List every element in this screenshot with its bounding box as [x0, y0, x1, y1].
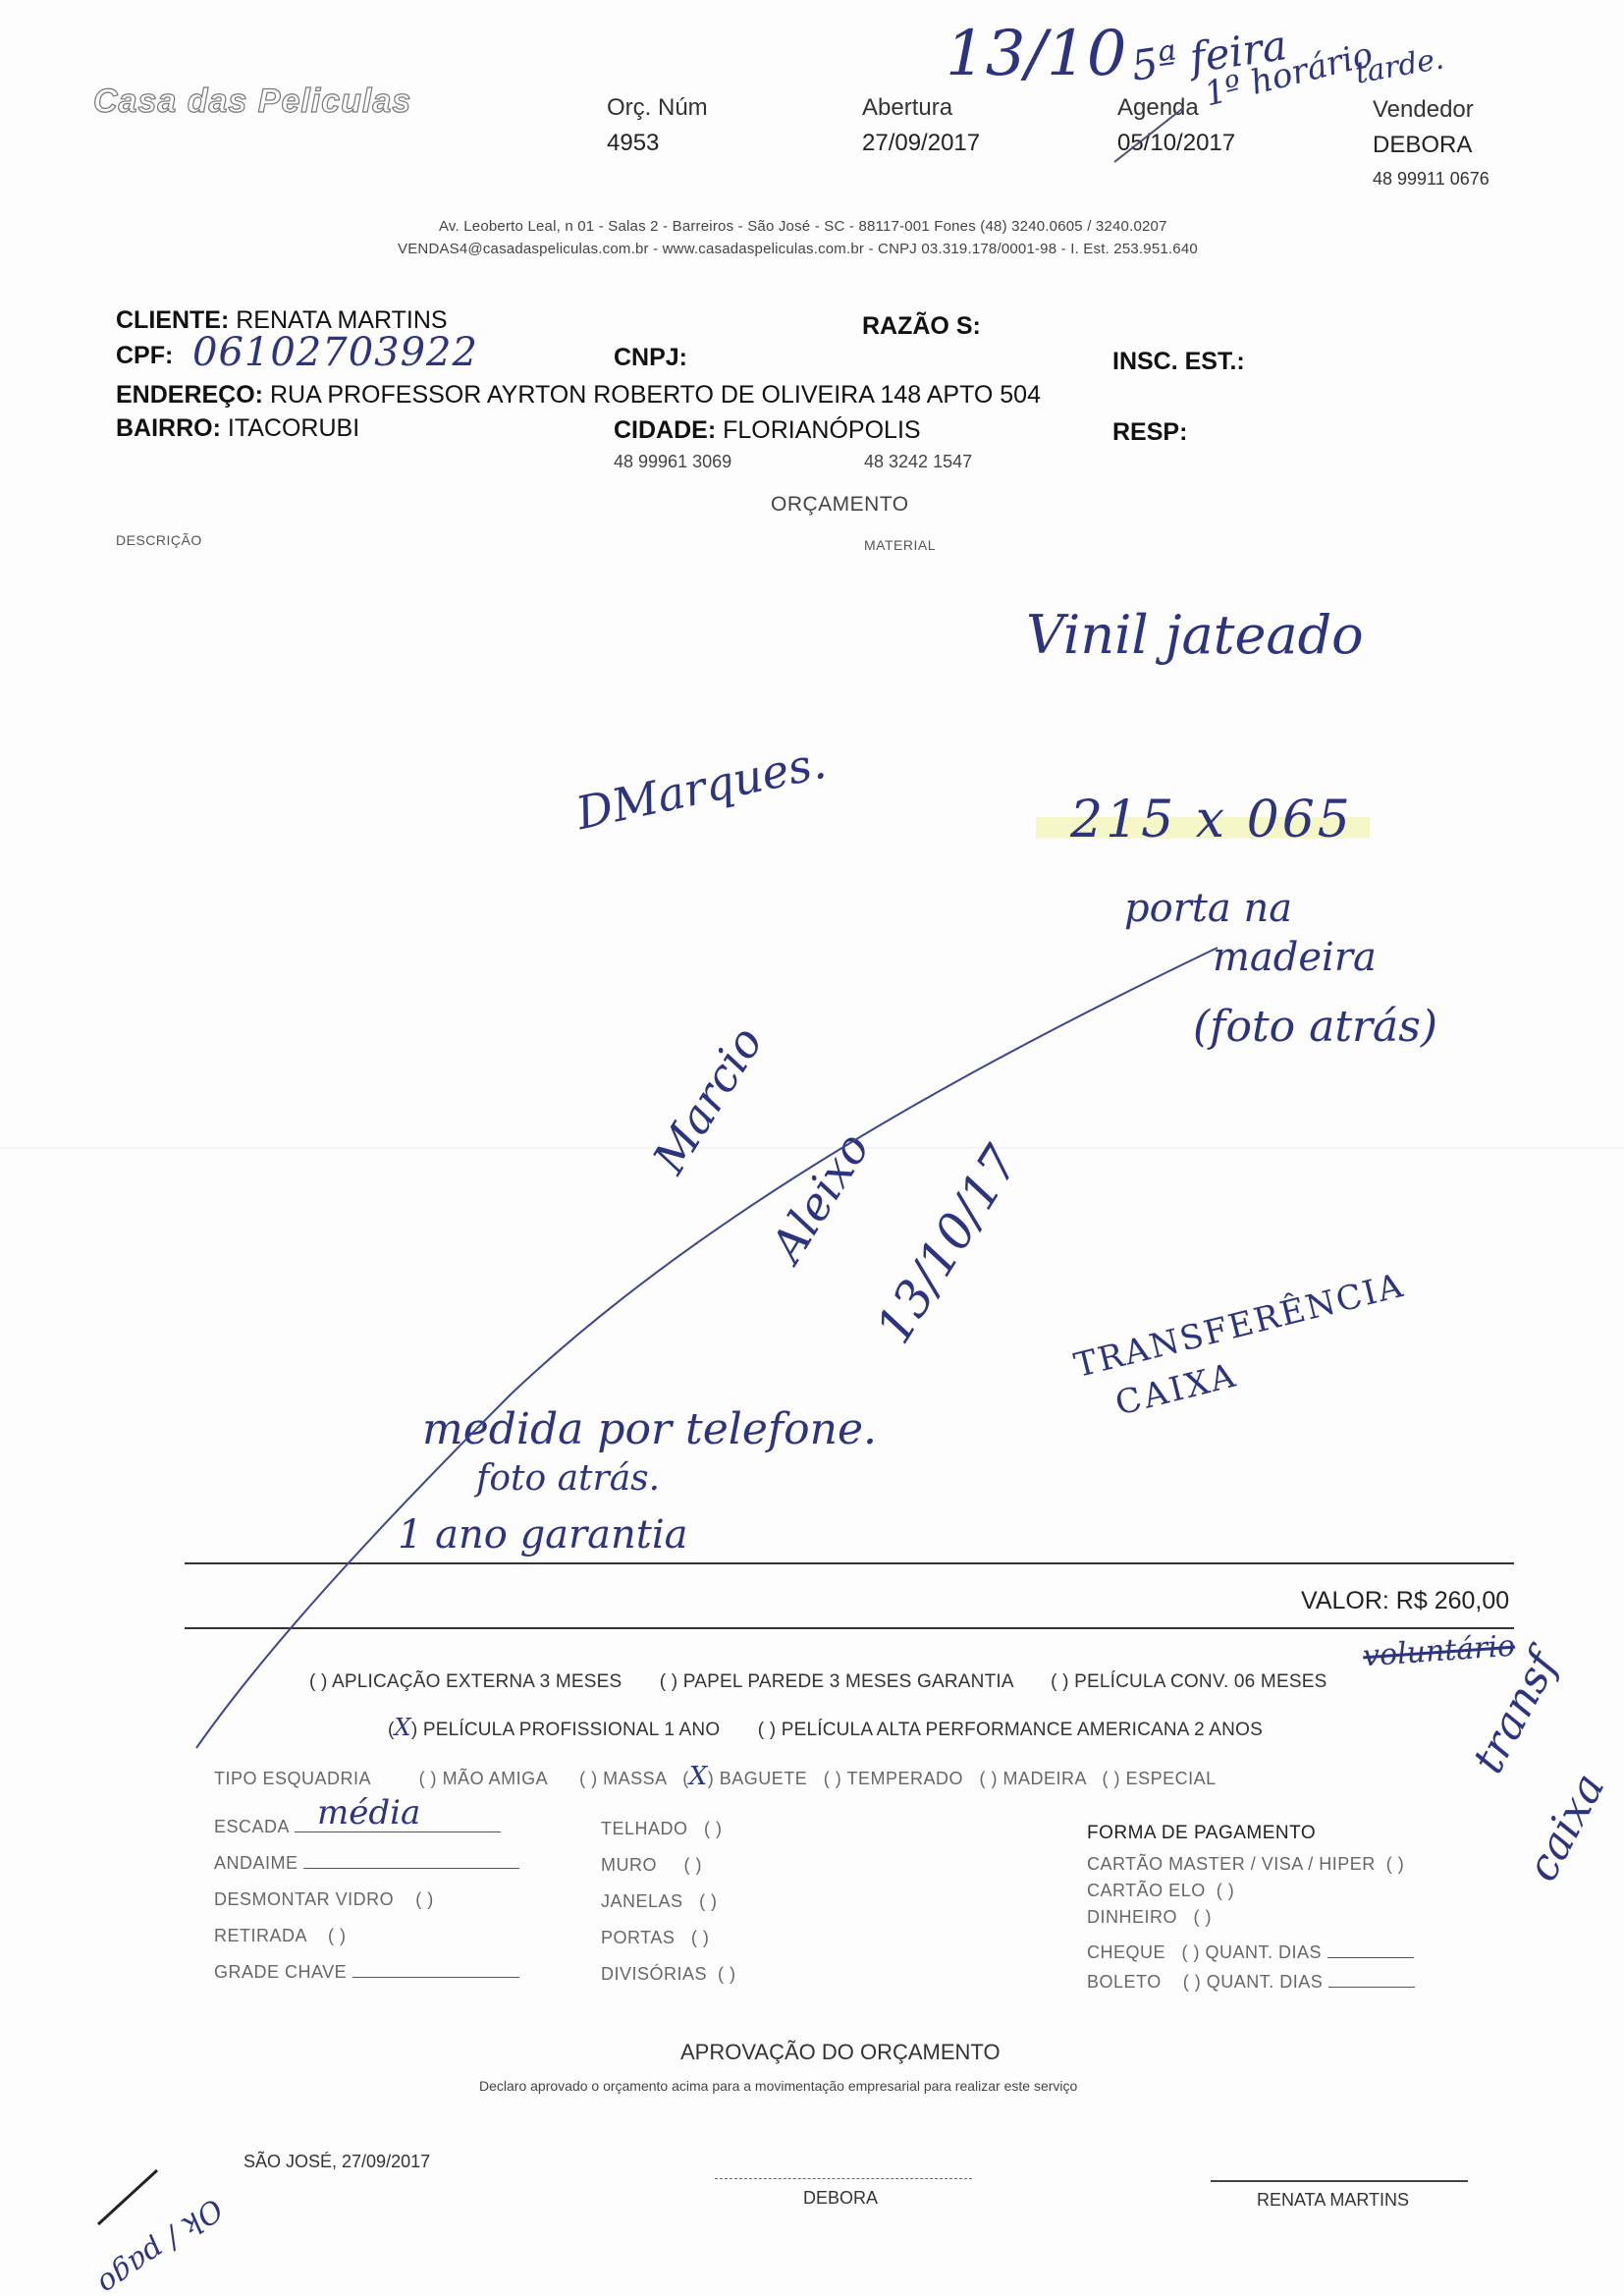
- descricao-label: DESCRIÇÃO: [116, 532, 202, 548]
- janelas-field: JANELAS ( ): [601, 1891, 718, 1912]
- esquadria-label: TIPO ESQUADRIA: [214, 1769, 370, 1788]
- divisorias-field: DIVISÓRIAS ( ): [601, 1964, 736, 1985]
- handwritten-installer-name: Marcio: [642, 1017, 773, 1182]
- handwritten-corner-note: Ok / pago: [91, 2191, 229, 2296]
- material-label: MATERIAL: [864, 537, 936, 553]
- vendedor-label: Vendedor: [1373, 96, 1474, 124]
- endereco-value: RUA PROFESSOR AYRTON ROBERTO DE OLIVEIRA…: [270, 381, 1041, 409]
- option-aplicacao-externa: APLICAÇÃO EXTERNA 3 MESES: [332, 1671, 622, 1692]
- vendedor-value: DEBORA: [1373, 132, 1472, 159]
- checkbox-especial[interactable]: ( ): [1103, 1769, 1121, 1788]
- checkbox-pelicula-profissional[interactable]: (X): [388, 1720, 417, 1740]
- orc-num-value: 4953: [607, 130, 659, 157]
- cpf-label: CPF:: [116, 342, 173, 370]
- payment-title: FORMA DE PAGAMENTO: [1087, 1823, 1316, 1844]
- handwritten-madeira: madeira: [1213, 935, 1377, 980]
- cidade-value: FLORIANÓPOLIS: [723, 416, 920, 444]
- checkbox-boleto[interactable]: ( ): [1183, 1972, 1202, 1992]
- valor-total: VALOR: R$ 260,00: [1301, 1587, 1509, 1615]
- checkbox-dinheiro[interactable]: ( ): [1194, 1907, 1213, 1927]
- andaime-input[interactable]: [303, 1868, 519, 1869]
- checkbox-retirada[interactable]: ( ): [328, 1926, 347, 1945]
- company-logo: Casa das Peliculas: [93, 82, 411, 121]
- endereco-label: ENDEREÇO:: [116, 381, 263, 409]
- agenda-value: 05/10/2017: [1117, 130, 1235, 157]
- telhado-field: TELHADO ( ): [601, 1819, 723, 1839]
- client-phone-2: 48 3242 1547: [864, 452, 972, 472]
- option-temperado: TEMPERADO: [846, 1769, 963, 1788]
- bairro-label: BAIRRO:: [116, 414, 221, 442]
- corner-slash: [98, 2170, 157, 2224]
- approval-statement: Declaro aprovado o orçamento acima para …: [479, 2078, 1077, 2094]
- place-date: SÃO JOSÉ, 27/09/2017: [244, 2152, 430, 2172]
- handwritten-signature: DMarques.: [571, 736, 831, 840]
- cidade-label: CIDADE:: [614, 416, 716, 444]
- seller-signature-name: DEBORA: [803, 2188, 878, 2209]
- checkbox-cartao-elo[interactable]: ( ): [1217, 1881, 1235, 1900]
- checkbox-telhado[interactable]: ( ): [704, 1819, 723, 1838]
- handwritten-install-date: 13/10/17: [865, 1136, 1030, 1353]
- endereco-field: ENDEREÇO: RUA PROFESSOR AYRTON ROBERTO D…: [116, 381, 1041, 410]
- handwritten-porta: porta na: [1124, 886, 1292, 931]
- approval-title: APROVAÇÃO DO ORÇAMENTO: [680, 2040, 1001, 2065]
- payment-cartao-master: CARTÃO MASTER / VISA / HIPER ( ): [1087, 1854, 1404, 1875]
- resp-label: RESP:: [1112, 418, 1187, 447]
- agenda-label: Agenda: [1117, 94, 1199, 122]
- checkbox-papel-parede[interactable]: ( ): [660, 1671, 678, 1692]
- payment-dinheiro: DINHEIRO ( ): [1087, 1907, 1212, 1928]
- divider-bottom: [185, 1627, 1514, 1629]
- option-baguete: BAGUETE: [720, 1769, 808, 1788]
- warranty-option-row1: ( ) APLICAÇÃO EXTERNA 3 MESES ( ) PAPEL …: [309, 1671, 1326, 1693]
- seller-signature-line[interactable]: [715, 2178, 972, 2179]
- portas-field: PORTAS ( ): [601, 1928, 709, 1948]
- handwritten-top-date: 13/10: [946, 18, 1126, 90]
- muro-field: MURO ( ): [601, 1855, 702, 1876]
- handwritten-escada-value: média: [317, 1793, 420, 1832]
- checkbox-desmontar[interactable]: ( ): [415, 1889, 434, 1909]
- client-phone-1: 48 99961 3069: [614, 452, 731, 472]
- handwritten-side-caixa: caixa: [1517, 1766, 1614, 1889]
- checkbox-muro[interactable]: ( ): [684, 1855, 703, 1875]
- checkbox-madeira[interactable]: ( ): [979, 1769, 998, 1788]
- option-mao-amiga: MÃO AMIGA: [443, 1769, 548, 1788]
- client-signature-line[interactable]: [1211, 2180, 1468, 2182]
- desmontar-field: DESMONTAR VIDRO ( ): [214, 1889, 434, 1910]
- company-address: Av. Leoberto Leal, n 01 - Salas 2 - Barr…: [439, 218, 1167, 235]
- checkbox-baguete[interactable]: (X): [682, 1769, 714, 1788]
- razao-label: RAZÃO S:: [862, 312, 981, 341]
- bairro-value: ITACORUBI: [228, 414, 359, 442]
- abertura-value: 27/09/2017: [862, 130, 980, 157]
- handwritten-payment-method: TRANSFERÊNCIA: [1070, 1266, 1408, 1386]
- cnpj-label: CNPJ:: [614, 344, 687, 372]
- checkbox-cheque[interactable]: ( ): [1182, 1942, 1201, 1962]
- option-pelicula-conv: PELÍCULA CONV. 06 MESES: [1074, 1671, 1326, 1692]
- cpf-handwritten-value: 06102703922: [192, 330, 478, 375]
- handwritten-material: Vinil jateado: [1026, 604, 1364, 666]
- grade-chave-field: GRADE CHAVE: [214, 1962, 519, 1983]
- payment-boleto: BOLETO ( ) QUANT. DIAS: [1087, 1972, 1415, 1993]
- check-mark: X: [689, 1762, 708, 1791]
- checkbox-pelicula-conv[interactable]: ( ): [1051, 1671, 1069, 1692]
- handwritten-struck-word: voluntário: [1362, 1629, 1516, 1674]
- checkbox-portas[interactable]: ( ): [691, 1928, 710, 1947]
- orcamento-title: ORÇAMENTO: [771, 493, 909, 517]
- retirada-field: RETIRADA ( ): [214, 1926, 347, 1946]
- boleto-dias-input[interactable]: [1328, 1987, 1415, 1988]
- vendedor-phone: 48 99911 0676: [1373, 169, 1489, 190]
- handwritten-note-photo: foto atrás.: [476, 1458, 660, 1499]
- company-contact: VENDAS4@casadaspeliculas.com.br - www.ca…: [398, 241, 1198, 257]
- checkbox-aplicacao-externa[interactable]: ( ): [309, 1671, 328, 1692]
- checkbox-cartao-master[interactable]: ( ): [1386, 1854, 1405, 1874]
- payment-cartao-elo: CARTÃO ELO ( ): [1087, 1881, 1234, 1901]
- client-signature-name: RENATA MARTINS: [1257, 2190, 1409, 2211]
- option-pelicula-profissional: PELÍCULA PROFISSIONAL 1 ANO: [423, 1720, 720, 1740]
- checkbox-janelas[interactable]: ( ): [699, 1891, 718, 1911]
- payment-cheque: CHEQUE ( ) QUANT. DIAS: [1087, 1942, 1414, 1963]
- checkbox-pelicula-alta-performance[interactable]: ( ): [758, 1720, 777, 1740]
- option-papel-parede: PAPEL PAREDE 3 MESES GARANTIA: [683, 1671, 1013, 1692]
- insc-est-label: INSC. EST.:: [1112, 348, 1245, 376]
- paper-fold: [0, 1147, 1624, 1150]
- warranty-option-row2: (X) PELÍCULA PROFISSIONAL 1 ANO ( ) PELÍ…: [388, 1714, 1263, 1741]
- esquadria-row: TIPO ESQUADRIA ( ) MÃO AMIGA ( ) MASSA (…: [214, 1762, 1217, 1791]
- handwritten-measure: 215 x 065: [1070, 791, 1353, 849]
- grade-chave-input[interactable]: [352, 1977, 519, 1978]
- cidade-field: CIDADE: FLORIANÓPOLIS: [614, 416, 921, 445]
- orc-num-label: Orç. Núm: [607, 94, 708, 122]
- divider-top: [185, 1562, 1514, 1564]
- option-especial: ESPECIAL: [1126, 1769, 1217, 1788]
- handwritten-installer-surname: Aleixo: [760, 1123, 880, 1271]
- checkbox-massa[interactable]: ( ): [579, 1769, 598, 1788]
- handwritten-note-warranty: 1 ano garantia: [398, 1512, 687, 1558]
- andaime-field: ANDAIME: [214, 1853, 519, 1874]
- abertura-label: Abertura: [862, 94, 952, 122]
- option-massa: MASSA: [603, 1769, 667, 1788]
- checkbox-divisorias[interactable]: ( ): [718, 1964, 736, 1984]
- option-pelicula-alta-performance: PELÍCULA ALTA PERFORMANCE AMERICANA 2 AN…: [782, 1720, 1263, 1740]
- handwritten-note-measure: medida por telefone.: [422, 1404, 877, 1454]
- checkbox-mao-amiga[interactable]: ( ): [419, 1769, 438, 1788]
- check-mark: X: [395, 1714, 411, 1741]
- checkbox-temperado[interactable]: ( ): [824, 1769, 842, 1788]
- cheque-dias-input[interactable]: [1327, 1957, 1414, 1958]
- option-madeira: MADEIRA: [1003, 1769, 1087, 1788]
- bairro-field: BAIRRO: ITACORUBI: [116, 414, 359, 443]
- handwritten-foto: (foto atrás): [1193, 1002, 1437, 1052]
